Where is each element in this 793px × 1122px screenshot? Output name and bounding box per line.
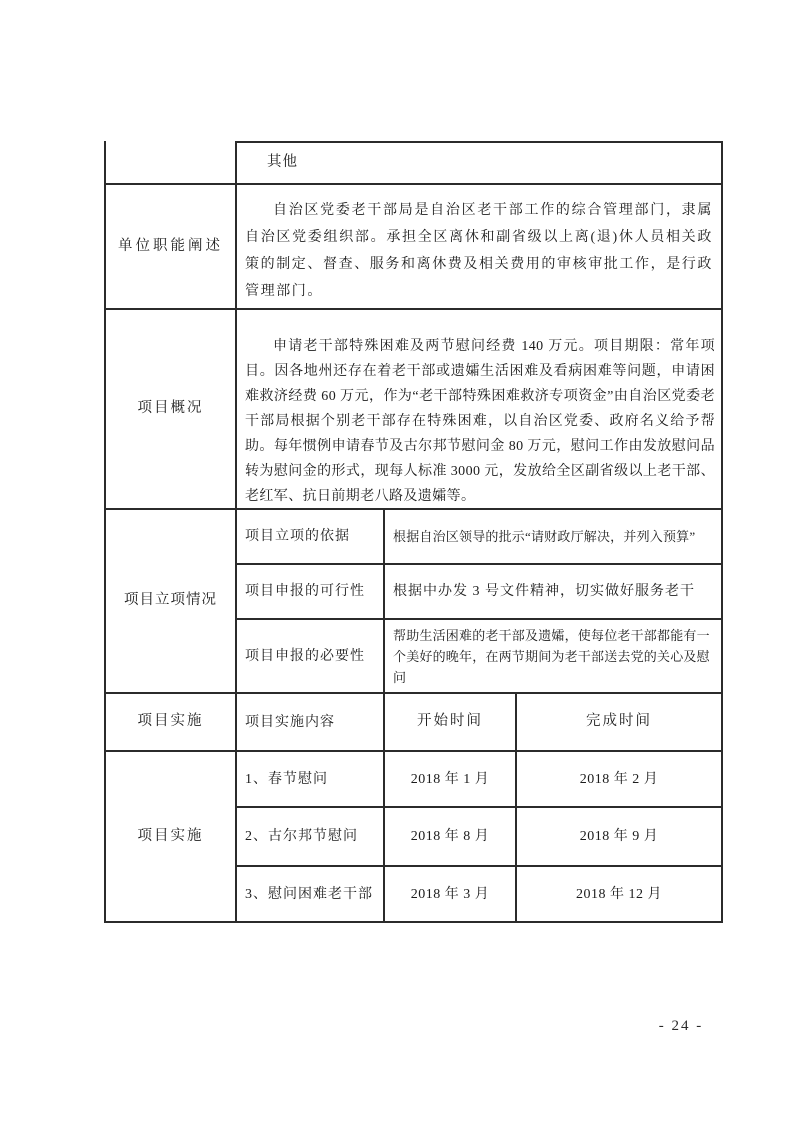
project-table: 其他 单位职能阐述 自治区党委老干部局是自治区老干部工作的综合管理部门，隶属自治… xyxy=(104,141,723,923)
implementation-content-header: 项目实施内容 xyxy=(237,694,385,752)
implementation-row-end: 2018 年 9 月 xyxy=(517,808,723,867)
implementation-row-end: 2018 年 2 月 xyxy=(517,752,723,808)
implementation-row-content: 2、古尔邦节慰问 xyxy=(237,808,385,867)
implementation-row-start: 2018 年 3 月 xyxy=(385,867,517,923)
end-time-header: 完成时间 xyxy=(517,694,723,752)
implementation-row-start: 2018 年 1 月 xyxy=(385,752,517,808)
approval-feasibility-text: 根据中办发 3 号文件精神，切实做好服务老干 xyxy=(385,565,723,620)
approval-necessity-text: 帮助生活困难的老干部及遗孀，使每位老干部都能有一个美好的晚年，在两节期间为老干部… xyxy=(385,620,723,694)
unit-function-label: 单位职能阐述 xyxy=(104,185,237,310)
approval-basis-text: 根据自治区领导的批示“请财政厅解决，并列入预算” xyxy=(385,510,723,565)
project-approval-label: 项目立项情况 xyxy=(104,510,237,694)
unit-function-text: 自治区党委老干部局是自治区老干部工作的综合管理部门，隶属自治区党委组织部。承担全… xyxy=(237,185,723,310)
continuation-other-cell: 其他 xyxy=(237,141,723,185)
implementation-row-content: 1、春节慰问 xyxy=(237,752,385,808)
project-overview-label: 项目概况 xyxy=(104,310,237,510)
document-page: 其他 单位职能阐述 自治区党委老干部局是自治区老干部工作的综合管理部门，隶属自治… xyxy=(0,0,793,1122)
implementation-header-label: 项目实施 xyxy=(104,694,237,752)
implementation-row-start: 2018 年 8 月 xyxy=(385,808,517,867)
approval-feasibility-label: 项目申报的可行性 xyxy=(237,565,385,620)
start-time-header: 开始时间 xyxy=(385,694,517,752)
implementation-row-end: 2018 年 12 月 xyxy=(517,867,723,923)
project-overview-text: 申请老干部特殊困难及两节慰问经费 140 万元。项目期限：常年项目。因各地州还存… xyxy=(237,310,723,510)
approval-necessity-label: 项目申报的必要性 xyxy=(237,620,385,694)
implementation-row-content: 3、慰问困难老干部 xyxy=(237,867,385,923)
implementation-label: 项目实施 xyxy=(104,752,237,923)
continuation-label-cell xyxy=(104,141,237,185)
page-number: - 24 - xyxy=(636,1018,726,1035)
approval-basis-label: 项目立项的依据 xyxy=(237,510,385,565)
